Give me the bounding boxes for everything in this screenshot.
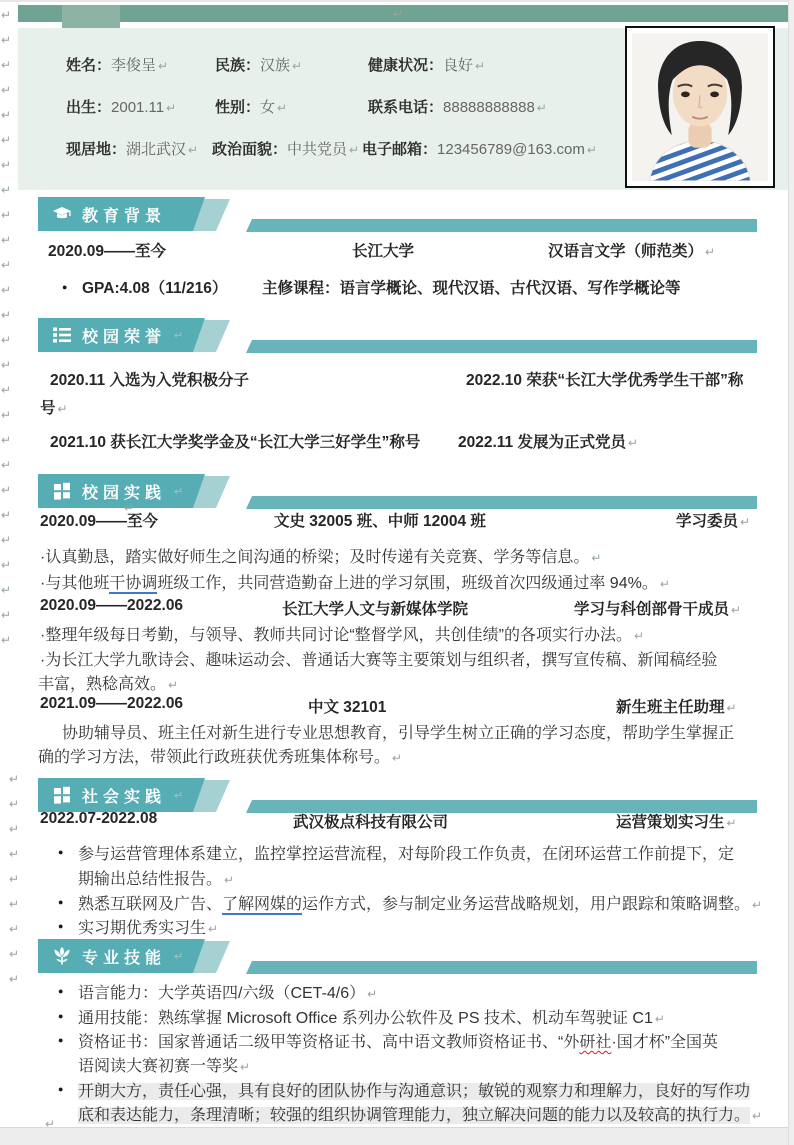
field-residence-value: 湖北武汉 bbox=[126, 141, 186, 158]
paragraph-mark: ↵ bbox=[174, 789, 183, 802]
field-phone-value: 88888888888 bbox=[443, 99, 535, 116]
social-detail: 实习期优秀实习生↵ bbox=[78, 915, 218, 938]
paragraph-mark: ↵ bbox=[1, 133, 11, 147]
field-phone: 联系电话：88888888888↵ bbox=[368, 96, 547, 117]
paragraph-mark: ↵ bbox=[1, 108, 11, 122]
paragraph-mark: ↵ bbox=[1, 583, 11, 597]
section-title-social: 社会实践 bbox=[82, 784, 166, 807]
paragraph-mark: ↵ bbox=[1, 558, 11, 572]
paragraph-mark: ↵ bbox=[1, 308, 11, 322]
paragraph-mark: ↵ bbox=[628, 436, 638, 450]
bullet-dot: ● bbox=[58, 1084, 63, 1094]
field-health: 健康状况：良好↵ bbox=[368, 54, 485, 75]
section-title-education: 教育背景 bbox=[82, 203, 166, 226]
education-major: 汉语言文学（师范类）↵ bbox=[548, 239, 715, 261]
paragraph-mark: ↵ bbox=[727, 816, 737, 830]
paragraph-mark: ↵ bbox=[166, 101, 176, 115]
flower-icon bbox=[52, 946, 72, 966]
paragraph-mark: ↵ bbox=[277, 101, 287, 115]
field-gender: 性别：女↵ bbox=[215, 96, 287, 117]
field-email: 电子邮箱：123456789@163.com↵ bbox=[362, 138, 597, 159]
bullet-dot: ● bbox=[62, 282, 67, 292]
paragraph-mark: ↵ bbox=[158, 59, 168, 73]
paragraph-mark: ↵ bbox=[168, 678, 178, 692]
bullet-dot: ● bbox=[58, 1011, 63, 1021]
field-birth-value: 2001.11 bbox=[111, 99, 164, 116]
field-ethnicity-label: 民族： bbox=[215, 57, 260, 74]
paragraph-mark: ↵ bbox=[727, 701, 737, 715]
education-gpa: GPA:4.08（11/216） bbox=[82, 276, 227, 298]
header-bar bbox=[246, 496, 757, 509]
field-residence-label: 现居地： bbox=[66, 141, 126, 158]
social-org: 武汉极点科技有限公司 bbox=[293, 810, 448, 832]
paragraph-mark: ↵ bbox=[1, 8, 11, 22]
paragraph-mark: ↵ bbox=[1, 633, 11, 647]
honor-item: 2022.10 荣获“长江大学优秀学生干部”称 bbox=[466, 368, 743, 390]
campus-entry2-detail: ·为长江大学九歌诗会、趣味运动会、普通话大赛等主要策划与组织者，撰写宣传稿、新闻… bbox=[40, 647, 717, 670]
field-ethnicity-value: 汉族 bbox=[260, 57, 290, 74]
honor-item: 2022.11 发展为正式党员↵ bbox=[458, 430, 638, 452]
paragraph-mark: ↵ bbox=[1, 333, 11, 347]
field-name-label: 姓名： bbox=[66, 57, 111, 74]
paragraph-mark: ↵ bbox=[174, 950, 183, 963]
paragraph-mark: ↵ bbox=[705, 245, 715, 259]
campus-entry2-detail-wrap: 丰富，熟稔高效。↵ bbox=[38, 671, 178, 694]
honor-item: 2020.11 入选为入党积极分子 bbox=[50, 368, 249, 390]
grid-icon bbox=[52, 785, 72, 805]
paragraph-mark: ↵ bbox=[58, 402, 68, 416]
social-detail: 参与运营管理体系建立，监控掌控运营流程，对每阶段工作负责，在闭环运营工作前提下，… bbox=[78, 841, 734, 864]
paragraph-mark: ↵ bbox=[9, 872, 19, 886]
paragraph-mark: ↵ bbox=[1, 508, 11, 522]
paragraph-mark: ↵ bbox=[752, 898, 762, 912]
section-header-skills: 专业技能 ↵ bbox=[0, 939, 794, 979]
paragraph-mark: ↵ bbox=[1, 83, 11, 97]
paragraph-mark: ↵ bbox=[292, 59, 302, 73]
campus-entry3-org: 中文 32101 bbox=[308, 695, 386, 717]
paragraph-mark: ↵ bbox=[1, 233, 11, 247]
paragraph-mark: ↵ bbox=[1, 533, 11, 547]
paragraph-mark: ↵ bbox=[240, 1060, 250, 1074]
field-ethnicity: 民族：汉族↵ bbox=[215, 54, 302, 75]
campus-entry1-period: 2020.09——至今 bbox=[40, 509, 158, 531]
campus-entry1-role: 学习委员↵ bbox=[676, 509, 750, 531]
page-bottom-gap bbox=[0, 1127, 794, 1145]
skill-item-wrap: 语阅读大赛初赛一等奖↵ bbox=[78, 1053, 250, 1076]
paragraph-mark: ↵ bbox=[1, 608, 11, 622]
field-politics: 政治面貌：中共党员↵ bbox=[212, 138, 359, 159]
grid-icon bbox=[52, 481, 72, 501]
field-birth-label: 出生： bbox=[66, 99, 111, 116]
paragraph-mark: ↵ bbox=[393, 7, 403, 21]
field-politics-label: 政治面貌： bbox=[212, 141, 287, 158]
field-gender-label: 性别： bbox=[215, 99, 260, 116]
header-bar bbox=[246, 219, 757, 232]
paragraph-mark: ↵ bbox=[1, 433, 11, 447]
campus-entry1-org: 文史 32005 班、中师 12004 班 bbox=[274, 509, 486, 531]
paragraph-mark: ↵ bbox=[1, 383, 11, 397]
section-title-skills: 专业技能 bbox=[82, 945, 166, 968]
field-residence: 现居地：湖北武汉↵ bbox=[66, 138, 198, 159]
paragraph-mark: ↵ bbox=[188, 143, 198, 157]
field-health-value: 良好 bbox=[443, 57, 473, 74]
paragraph-mark: ↵ bbox=[475, 59, 485, 73]
paragraph-mark: ↵ bbox=[660, 577, 670, 591]
skill-item: 语言能力：大学英语四/六级（CET-4/6）↵ bbox=[78, 980, 377, 1003]
section-title-campus: 校园实践 bbox=[82, 480, 166, 503]
paragraph-mark: ↵ bbox=[224, 873, 234, 887]
paragraph-mark: ↵ bbox=[1, 458, 11, 472]
paragraph-mark: ↵ bbox=[174, 485, 183, 498]
paragraph-mark: ↵ bbox=[124, 501, 134, 515]
social-detail-wrap: 期输出总结性报告。↵ bbox=[78, 866, 234, 889]
skill-item: 通用技能：熟练掌握 Microsoft Office 系列办公软件及 PS 技术… bbox=[78, 1005, 665, 1028]
education-courses: 主修课程：语言学概论、现代汉语、古代汉语、写作学概论等 bbox=[262, 276, 681, 298]
paragraph-mark: ↵ bbox=[349, 143, 359, 157]
spellcheck-underline: 干协调 bbox=[109, 575, 157, 594]
skill-item: 开朗大方，责任心强，具有良好的团队协作与沟通意识；敏锐的观察力和理解力，良好的写… bbox=[78, 1078, 750, 1101]
paragraph-mark: ↵ bbox=[9, 897, 19, 911]
paragraph-mark: ↵ bbox=[9, 947, 19, 961]
honor-item: 2021.10 获长江大学奖学金及“长江大学三好学生”称号 bbox=[50, 430, 420, 452]
paragraph-mark: ↵ bbox=[1, 408, 11, 422]
header-bar bbox=[246, 961, 757, 974]
spellcheck-underline: 了解网媒的 bbox=[222, 896, 302, 915]
field-email-value: 123456789@163.com bbox=[437, 141, 585, 158]
field-health-label: 健康状况： bbox=[368, 57, 443, 74]
paragraph-mark: ↵ bbox=[174, 329, 183, 342]
paragraph-mark: ↵ bbox=[1, 358, 11, 372]
bullet-dot: ● bbox=[58, 847, 63, 857]
paragraph-mark: ↵ bbox=[392, 751, 402, 765]
social-period: 2022.07-2022.08 bbox=[40, 810, 157, 828]
paragraph-mark: ↵ bbox=[1, 208, 11, 222]
paragraph-mark: ↵ bbox=[1, 283, 11, 297]
education-school: 长江大学 bbox=[352, 239, 414, 261]
spellcheck-wavy: 研社 bbox=[579, 1034, 611, 1051]
paragraph-mark: ↵ bbox=[9, 847, 19, 861]
bullet-dot: ● bbox=[58, 1035, 63, 1045]
field-name: 姓名：李俊呈↵ bbox=[66, 54, 168, 75]
field-email-label: 电子邮箱： bbox=[362, 141, 437, 158]
paragraph-mark: ↵ bbox=[731, 603, 741, 617]
section-header-campus: 校园实践 ↵ bbox=[0, 474, 794, 514]
skill-item-wrap: 底和表达能力，条理清晰；较强的组织协调管理能力，独立解决问题的能力以及较高的执行… bbox=[78, 1102, 762, 1125]
paragraph-mark: ↵ bbox=[587, 143, 597, 157]
graduation-cap-icon bbox=[52, 204, 72, 224]
paragraph-mark: ↵ bbox=[591, 551, 601, 565]
field-gender-value: 女 bbox=[260, 99, 275, 116]
campus-entry1-detail: ·与其他班干协调班级工作，共同营造勤奋上进的学习氛围，班级首次四级通过率 94%… bbox=[40, 570, 670, 593]
paragraph-mark: ↵ bbox=[367, 987, 377, 1001]
paragraph-mark: ↵ bbox=[1, 158, 11, 172]
campus-entry2-org: 长江大学人文与新媒体学院 bbox=[282, 597, 468, 619]
resume-page: ↵ 姓名：李俊呈↵ 民族：汉族↵ 健康状况：良好↵ 出生：2001.11↵ 性别… bbox=[0, 0, 794, 1145]
campus-entry2-detail: ·整理年级每日考勤，与领导、教师共同讨论“整督学风，共创佳绩”的各项实行办法。↵ bbox=[40, 622, 644, 645]
paragraph-mark: ↵ bbox=[655, 1012, 665, 1026]
paragraph-mark: ↵ bbox=[9, 972, 19, 986]
field-name-value: 李俊呈 bbox=[111, 57, 156, 74]
campus-entry2-role: 学习与科创部骨干成员↵ bbox=[574, 597, 741, 619]
campus-entry3-period: 2021.09——2022.06 bbox=[40, 695, 183, 713]
paragraph-mark: ↵ bbox=[537, 101, 547, 115]
education-period: 2020.09——至今 bbox=[48, 239, 166, 261]
page-right-edge bbox=[788, 0, 794, 1145]
campus-entry3-detail-wrap: 确的学习方法，带领此行政班获优秀班集体称号。↵ bbox=[38, 744, 402, 767]
section-header-honors: 校园荣誉 ↵ bbox=[0, 318, 794, 358]
id-photo-illustration bbox=[632, 33, 768, 181]
bullet-dot: ● bbox=[58, 897, 63, 907]
field-phone-label: 联系电话： bbox=[368, 99, 443, 116]
field-politics-value: 中共党员 bbox=[287, 141, 347, 158]
paragraph-mark: ↵ bbox=[9, 772, 19, 786]
honor-item-wrap: 号↵ bbox=[40, 396, 68, 418]
field-birth: 出生：2001.11↵ bbox=[66, 96, 176, 117]
bullet-dot: ● bbox=[58, 921, 63, 931]
campus-entry2-period: 2020.09——2022.06 bbox=[40, 597, 183, 615]
paragraph-mark: ↵ bbox=[9, 822, 19, 836]
list-icon bbox=[52, 325, 72, 345]
bullet-dot: ● bbox=[58, 986, 63, 996]
social-detail: 熟悉互联网及广告、了解网媒的运作方式，参与制定业务运营战略规划，用户跟踪和策略调… bbox=[78, 891, 762, 914]
paragraph-mark: ↵ bbox=[634, 629, 644, 643]
paragraph-mark: ↵ bbox=[1, 33, 11, 47]
id-photo bbox=[625, 26, 775, 188]
paragraph-mark: ↵ bbox=[1, 483, 11, 497]
campus-entry3-role: 新生班主任助理↵ bbox=[616, 695, 737, 717]
paragraph-mark: ↵ bbox=[9, 922, 19, 936]
campus-entry3-detail: 协助辅导员、班主任对新生进行专业思想教育，引导学生树立正确的学习态度，帮助学生掌… bbox=[62, 720, 734, 743]
header-bar bbox=[246, 340, 757, 353]
skill-item: 资格证书：国家普通话二级甲等资格证书、高中语文教师资格证书、“外研社·国才杯”全… bbox=[78, 1029, 718, 1052]
paragraph-mark: ↵ bbox=[1, 258, 11, 272]
section-title-honors: 校园荣誉 bbox=[82, 324, 166, 347]
section-header-education: 教育背景 bbox=[0, 197, 794, 237]
campus-entry1-detail: ·认真勤恳，踏实做好师生之间沟通的桥梁；及时传递有关竞赛、学务等信息。↵ bbox=[40, 544, 601, 567]
paragraph-mark: ↵ bbox=[208, 922, 218, 936]
paragraph-mark: ↵ bbox=[1, 183, 11, 197]
paragraph-mark: ↵ bbox=[740, 515, 750, 529]
paragraph-mark: ↵ bbox=[752, 1109, 762, 1123]
paragraph-mark: ↵ bbox=[1, 58, 11, 72]
social-role: 运营策划实习生↵ bbox=[616, 810, 737, 832]
paragraph-mark: ↵ bbox=[9, 797, 19, 811]
page-top-edge bbox=[0, 0, 794, 2]
